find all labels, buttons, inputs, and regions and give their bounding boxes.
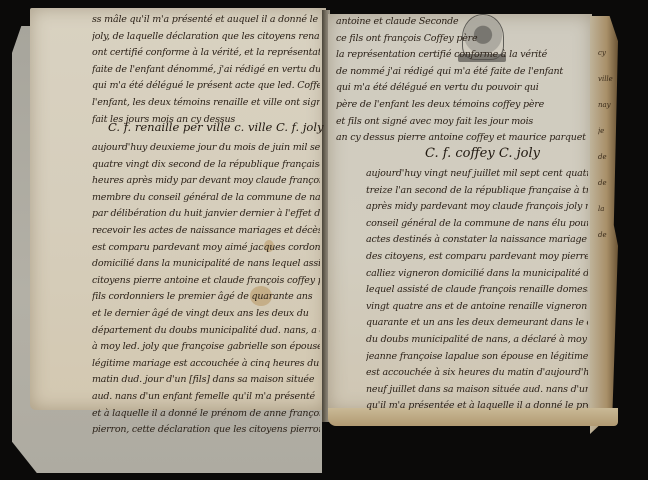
text-line: membre du conseil général de la commune …: [92, 190, 320, 207]
text-line: la représentation certifié conforme à la…: [336, 47, 588, 64]
text-line: ss mâle qu'il m'a présenté et auquel il …: [92, 12, 320, 29]
text-line: vingt quatre ans et de antoine renaille …: [366, 299, 588, 316]
text-line: du doubs municipalité de nans, a déclaré…: [366, 332, 588, 349]
text-line: qu'il m'a présentée et à laquelle il a d…: [366, 398, 588, 415]
text-line: et le dernier âgé de vingt deux ans les …: [92, 306, 320, 323]
text-line: antoine et claude Seconde: [336, 14, 588, 31]
text-line: treize l'an second de la république fran…: [366, 183, 588, 200]
margin-note: cy: [598, 40, 618, 66]
right-signatures: C. f. coffey C. joly: [425, 146, 540, 161]
right-page-top-text: antoine et claude Seconde ce fils ont fr…: [336, 14, 588, 147]
text-line: lequel assisté de claude françois renail…: [366, 282, 588, 299]
right-page-body-text: aujourd'huy vingt neuf juillet mil sept …: [366, 166, 588, 415]
text-line: ont certifié conforme à la vérité, et la…: [92, 45, 320, 62]
text-line: par délibération du huit janvier dernier…: [92, 206, 320, 223]
margin-note: la: [598, 196, 618, 222]
text-line: domicilié dans la municipalité de nans l…: [92, 256, 320, 273]
margin-note: nay: [598, 92, 618, 118]
text-line: heures après midy par devant moy claude …: [92, 173, 320, 190]
text-line: qui m'a été délégué en vertu du pouvoir …: [336, 80, 588, 97]
text-line: aujourd'huy vingt neuf juillet mil sept …: [366, 166, 588, 183]
left-page-body-text: aujourd'huy deuxieme jour du mois de jui…: [92, 140, 320, 439]
text-line: fils cordonniers le premier âgé de quara…: [92, 289, 320, 306]
text-line: de nommé j'ai rédigé qui m'a été faite d…: [336, 64, 588, 81]
text-line: quarante et un ans les deux demeurant da…: [366, 315, 588, 332]
margin-note: de: [598, 222, 618, 248]
text-line: an cy dessus pierre antoine coffey et ma…: [336, 130, 588, 147]
left-signatures: C. f. renaille per ville c. ville C. f. …: [108, 120, 324, 134]
text-line: jeanne françoise lapalue son épouse en l…: [366, 349, 588, 366]
text-line: légitime mariage est accouchée à cinq he…: [92, 356, 320, 373]
text-line: ce fils ont françois Coffey père: [336, 31, 588, 48]
next-page-margin-notes: cy ville nay je de de la de: [598, 40, 618, 248]
margin-note: de: [598, 170, 618, 196]
text-line: joly, de laquelle déclaration que les ci…: [92, 29, 320, 46]
text-line: et à laquelle il a donné le prénom de an…: [92, 406, 320, 423]
text-line: département du doubs municipalité dud. n…: [92, 323, 320, 340]
text-line: calliez vigneron domicilié dans la munic…: [366, 266, 588, 283]
margin-note: je: [598, 118, 618, 144]
text-line: qui m'a été délégué le présent acte que …: [92, 78, 320, 95]
text-line: à moy led. joly que françoise gabrielle …: [92, 339, 320, 356]
text-line: pierron, cette déclaration que les citoy…: [92, 422, 320, 439]
text-line: faite de l'enfant dénommé, j'ai rédigé e…: [92, 62, 320, 79]
text-line: aud. nans d'un enfant femelle qu'il m'a …: [92, 389, 320, 406]
text-line: citoyens pierre antoine et claude franço…: [92, 273, 320, 290]
text-line: l'enfant, les deux témoins renaille et v…: [92, 95, 320, 112]
text-line: quatre vingt dix second de la république…: [92, 157, 320, 174]
left-page-top-text: ss mâle qu'il m'a présenté et auquel il …: [92, 12, 320, 128]
text-line: conseil général de la commune de nans él…: [366, 216, 588, 233]
text-line: neuf juillet dans sa maison située aud. …: [366, 382, 588, 399]
text-line: actes destinés à constater la naissance …: [366, 232, 588, 249]
text-line: recevoir les actes de naissance mariages…: [92, 223, 320, 240]
text-line: et fils ont signé avec moy fait les jour…: [336, 114, 588, 131]
text-line: aujourd'huy deuxieme jour du mois de jui…: [92, 140, 320, 157]
text-line: après midy pardevant moy claude françois…: [366, 199, 588, 216]
text-line: est comparu pardevant moy aimé jacques c…: [92, 240, 320, 257]
text-line: matin dud. jour d'un [fils] dans sa mais…: [92, 372, 320, 389]
text-line: des citoyens, est comparu pardevant moy …: [366, 249, 588, 266]
margin-note: de: [598, 144, 618, 170]
text-line: est accouchée à six heures du matin d'au…: [366, 365, 588, 382]
text-line: père de l'enfant les deux témoins coffey…: [336, 97, 588, 114]
margin-note: ville: [598, 66, 618, 92]
